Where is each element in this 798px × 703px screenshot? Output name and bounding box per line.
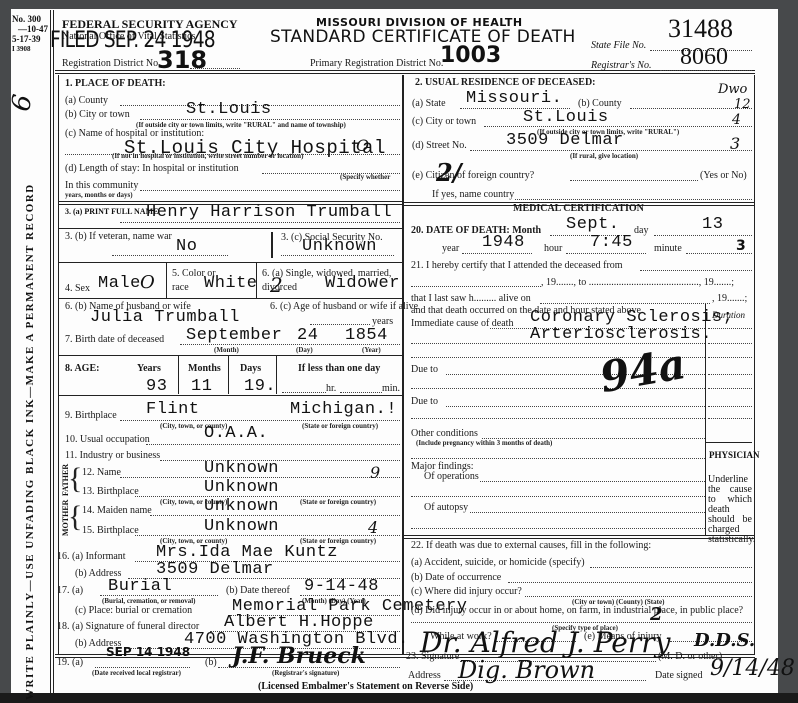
field-divider [276,356,277,394]
dotted-line [411,458,705,459]
disposition-value[interactable]: Burial [108,577,172,596]
attended-range: , 19......., to ........................… [541,277,734,288]
dotted-line [95,667,190,668]
disposition-note: (Burial, cremation, or removal) [102,597,196,605]
residence-state-label: (a) State [412,98,446,109]
dotted-line [654,235,752,236]
dotted-line [470,150,752,151]
industry-label: 11. Industry or business [65,450,160,461]
birth-day-value[interactable]: 24 [297,326,318,345]
birth-year-value[interactable]: 1854 [345,326,388,345]
veteran-label: 3. (b) If veteran, name war [65,231,172,242]
dotted-line [640,270,752,271]
age-min-field[interactable] [340,392,382,393]
mother-name-value[interactable]: Unknown [204,497,279,516]
sex-mark: O [140,272,155,293]
field-divider [228,356,229,394]
street-label: (d) Street No. [412,140,467,151]
external-a-field[interactable] [590,567,752,568]
father-brace: { [68,464,82,494]
year-label: year [442,243,459,254]
external-heading: 22. If death was due to external causes,… [411,540,651,551]
burial-place-label: (c) Place: burial or cremation [75,605,192,616]
external-c-field[interactable] [525,596,752,597]
age-months-value[interactable]: 11 [191,377,212,396]
signer-address-value: Dig. Brown [458,656,595,684]
other-conditions-label: Other conditions [411,428,478,439]
form-no: No. 300 [12,14,48,24]
registrar-no: 8060 [680,44,728,71]
state-file-label: State File No. [591,40,646,51]
marital-mark: 2 [270,273,283,297]
external-d-field[interactable] [411,622,752,623]
disposition-date-label: (b) Date thereof [226,585,290,596]
street-value[interactable]: 3509 Delmar [506,131,624,150]
father-name-value[interactable]: Unknown [204,459,279,478]
primary-district-label: Primary Registration District No. [310,58,443,69]
death-day-value[interactable]: 13 [702,215,723,234]
dotted-line [566,253,646,254]
ssn-value[interactable]: Unknown [302,237,377,256]
industry-field[interactable] [160,460,400,461]
last-saw-suffix: , 19.......; [712,293,747,304]
certify-text: 21. I hereby certify that I attended the… [411,260,623,271]
birth-state-note: (State or foreign country) [302,422,378,430]
mother-birthplace-label: 15. Birthplace [82,525,139,536]
race-value[interactable]: White [204,274,258,293]
citizen-mark: 2/ [436,158,461,187]
registrar-signature: J.F. Brueck [232,643,366,669]
residence-city-label: (c) City or town [412,116,476,127]
spouse-value[interactable]: Julia Trumball [90,308,240,327]
duration-line [708,357,752,358]
age-label: 8. AGE: [65,363,99,374]
age-years-label: Years [137,363,161,374]
parents-margin-mark: 9 [370,463,380,482]
dotted-line [540,303,710,304]
stay-note: (Specify whether [340,173,390,181]
field-divider [166,263,167,299]
section-rule [58,228,402,229]
section-rule [58,262,402,263]
field-divider [178,356,179,394]
sex-value[interactable]: Male [98,274,141,293]
duration-line [708,406,752,407]
due-to-1-label: Due to [411,364,438,375]
form-rev-2: 5-17-39 [12,34,48,44]
section-rule [58,395,402,396]
duration-line [708,328,752,329]
field-divider [256,263,257,299]
day-label: day [634,225,648,236]
city-value[interactable]: St.Louis [186,100,272,119]
residence-heading: 2. USUAL RESIDENCE OF DECEASED: [415,77,596,88]
dotted-line [462,253,532,254]
registrar-signature-label: (b) [205,657,217,668]
spouse-age-field[interactable] [310,324,370,325]
community-label: In this community [65,180,138,191]
physician-heading: PHYSICIAN [709,450,760,460]
father-birthplace-label: 13. Birthplace [82,486,139,497]
column-divider [402,75,404,655]
dotted-line [570,180,698,181]
birth-day-note: (Day) [296,346,313,354]
community-note: years, months or days) [65,191,133,199]
signer-address-label: Address [408,670,441,681]
received-number: 19. (a) [57,657,83,668]
occupation-value[interactable]: O.A.A. [204,424,268,443]
birth-month-note: (Month) [214,346,239,354]
external-b-label: (b) Date of occurrence [411,572,501,583]
occupation-label: 10. Usual occupation [65,434,150,445]
residence-city-value[interactable]: St.Louis [523,108,609,127]
scan-bottom-edge [0,693,798,703]
disposition-date-value[interactable]: 9-14-48 [304,577,379,596]
registration-district-no: 318 [157,46,207,74]
mother-name-label: 14. Maiden name [82,505,152,516]
certificate-title: STANDARD CERTIFICATE OF DEATH [270,27,576,47]
disposition-number: 17. (a) [57,585,83,596]
received-date-note: (Date received local registrar) [92,669,181,677]
place-of-death-heading: 1. PLACE OF DEATH: [65,78,166,89]
death-month-value[interactable]: Sept. [566,215,620,234]
mother-brace: { [68,502,82,532]
external-a-label: (a) Accident, suicide, or homicide (spec… [411,557,585,568]
reverse-side-note: (Licensed Embalmer's Statement on Revers… [258,681,473,692]
residence-margin-mark: 12 [734,97,751,112]
external-d-mark: 2 [650,604,663,625]
birth-date-label: 7. Birth date of deceased [65,334,164,345]
father-state-note: (State or foreign country) [300,498,376,506]
medical-heading: MEDICAL CERTIFICATION [513,203,644,214]
physician-rule [706,442,752,443]
form-number-block: No. 300 —10-47 5-17-39 I 3908 [12,14,48,54]
registration-district-label: Registration District No. [62,58,161,69]
death-year-value[interactable]: 1948 [482,233,525,252]
external-b-field[interactable] [508,582,752,583]
sex-label: 4. Sex [65,283,90,294]
marital-value[interactable]: Widower [325,274,400,293]
autopsy-label: Of autopsy [424,502,468,513]
birth-state-value[interactable]: Michigan.! [290,400,397,419]
registrar-label: Registrar's No. [591,60,651,71]
informant-address-value[interactable]: 3509 Delmar [156,560,274,579]
vertical-instruction: WRITE PLAINLY—USE UNFADING BLACK INK—MAK… [24,80,36,700]
residence-state-value[interactable]: Missouri. [466,89,562,108]
father-name-label: 12. Name [82,467,121,478]
duration-line [708,388,752,389]
street-note: (If rural, give location) [570,152,638,160]
date-signed-label: Date signed [655,670,703,681]
minute-label: minute [654,243,682,254]
last-saw-text: that I last saw h......... alive on [411,293,531,304]
frame-line [58,75,59,655]
frame-line [754,75,755,655]
dotted-line [411,496,705,497]
mother-birthplace-value[interactable]: Unknown [204,517,279,536]
duration-line [708,418,752,419]
less-than-day-label: If less than one day [298,363,380,374]
operations-label: Of operations [424,471,479,482]
funeral-director-label: 18. (a) Signature of funeral director [57,621,199,632]
form-rev-1: —10-47 [12,24,48,34]
dotted-line [446,406,705,407]
duration-line [708,374,752,375]
physician-signature: Dr. Alfred J. Perry [420,626,670,659]
state-file-no: 31488 [668,14,733,44]
hour-label: hour [544,243,562,254]
dotted-line [112,255,228,256]
section-rule [403,535,754,539]
external-d-label: (d) Did injury occur in or about home, o… [411,605,743,616]
age-hr-field[interactable] [282,392,326,393]
veteran-value[interactable]: No [176,237,197,256]
father-birthplace-value[interactable]: Unknown [204,478,279,497]
date-signed-value: 9/14/48 [710,656,795,681]
age-days-value[interactable]: 19. [244,377,276,396]
frame-line [53,10,54,693]
field-divider [271,232,273,258]
dotted-line [411,286,541,287]
dotted-line [140,190,400,191]
dotted-line [140,119,400,120]
dotted-line [146,444,400,445]
registrar-signature-note: (Registrar's signature) [272,669,339,677]
death-hour-value[interactable]: 7:45 [590,233,633,252]
city-label: (b) City or town [65,109,130,120]
citizen-label: (e) Citizen of foreign country? [412,170,534,181]
informant-label: 16. (a) Informant [57,551,126,562]
residence-margin-mark: Dwo [718,84,747,96]
birth-city-value[interactable]: Flint [146,400,200,419]
birthplace-label: 9. Birthplace [65,410,117,421]
citizen-suffix: (Yes or No) [700,170,747,181]
dotted-line [411,418,705,419]
dotted-line [411,528,705,529]
autopsy-field[interactable] [470,512,705,513]
print-code: I 3908 [12,44,48,54]
residence-margin-mark: 4 [732,112,741,128]
hospital-note: (If not in hospital or institution, writ… [112,152,303,160]
other-conditions-note: (Include pregnancy within 3 months of de… [416,439,552,447]
hr-label: hr. [326,383,336,394]
dotted-line [120,420,400,421]
stay-label: (d) Length of stay: In hospital or insti… [65,163,239,174]
dotted-line [120,222,400,223]
age-days-label: Days [240,363,261,374]
signature-title: D.D.S. [694,630,755,651]
parents-margin-mark: 4 [368,518,378,537]
age-years-value[interactable]: 93 [146,377,167,396]
hospital-mark: O [356,136,369,155]
min-label: min. [382,383,400,394]
section-rule [58,298,402,299]
residence-margin-mark: 3 [730,134,740,153]
minute-mark: 3 [736,238,746,254]
external-c-label: (c) Where did injury occur? [411,586,522,597]
full-name-value[interactable]: Henry Harrison Trumball [146,203,392,222]
spouse-age-label: 6. (c) Age of husband or wife if alive [270,301,418,312]
full-name-label: 3. (a) PRINT FULL NAME [65,208,158,216]
birth-year-note: (Year) [362,346,381,354]
country-field[interactable] [515,199,752,200]
birth-month-value[interactable]: September [186,326,282,345]
due-to-2-label: Due to [411,396,438,407]
section-rule [58,355,402,356]
primary-district-no: 1003 [440,43,501,68]
cause-2-value[interactable]: Arteriosclerosis. [530,325,712,344]
duration-line [708,343,752,344]
operations-field[interactable] [480,481,705,482]
county-label: (a) County [65,95,108,106]
age-months-label: Months [188,363,221,374]
country-label: If yes, name country [432,189,514,200]
received-date-stamp: SEP 14 1948 [106,645,190,659]
frame-line [50,10,51,693]
